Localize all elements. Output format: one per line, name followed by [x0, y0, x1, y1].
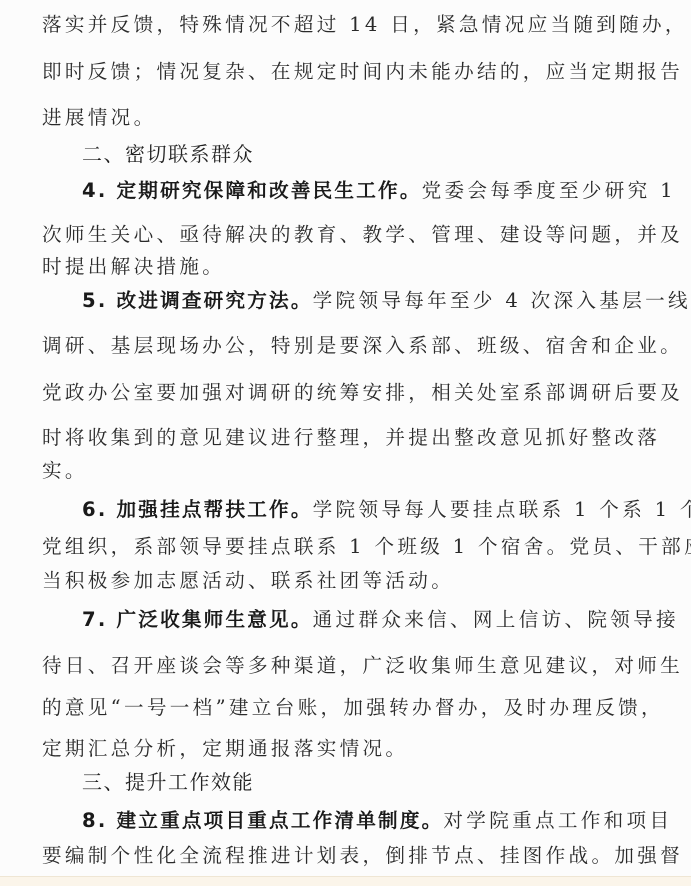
paragraph-line: 进展情况。 — [42, 105, 662, 131]
paragraph-line: 时提出解决措施。 — [42, 254, 662, 280]
paragraph-line: 定期汇总分析，定期通报落实情况。 — [42, 736, 662, 762]
item-4-line-1: 4. 定期研究保障和改善民生工作。党委会每季度至少研究 1 — [82, 178, 691, 204]
paragraph-line: 待日、召开座谈会等多种渠道，广泛收集师生意见建议，对师生 — [42, 653, 662, 679]
paragraph-line: 即时反馈；情况复杂、在规定时间内未能办结的，应当定期报告 — [42, 59, 662, 85]
item-6-line-1: 6. 加强挂点帮扶工作。学院领导每人要挂点联系 1 个系 1 个 — [82, 497, 691, 523]
paragraph-line: 的意见“一号一档”建立台账，加强转办督办，及时办理反馈， — [42, 695, 662, 721]
item-6-text: 学院领导每人要挂点联系 1 个系 1 个 — [313, 498, 691, 521]
item-8-title: 8. 建立重点项目重点工作清单制度。 — [82, 809, 443, 832]
item-7-title: 7. 广泛收集师生意见。 — [82, 608, 313, 631]
paragraph-line: 当积极参加志愿活动、联系社团等活动。 — [42, 568, 662, 594]
paragraph-line: 落实并反馈，特殊情况不超过 14 日，紧急情况应当随到随办， — [42, 12, 662, 38]
document-page: 落实并反馈，特殊情况不超过 14 日，紧急情况应当随到随办， 即时反馈；情况复杂… — [0, 0, 691, 876]
item-6-title: 6. 加强挂点帮扶工作。 — [82, 498, 313, 521]
paragraph-line: 时将收集到的意见建议进行整理，并提出整改意见抓好整改落 — [42, 425, 662, 451]
item-8-line-1: 8. 建立重点项目重点工作清单制度。对学院重点工作和项目 — [82, 808, 691, 834]
paragraph-line: 要编制个性化全流程推进计划表，倒排节点、挂图作战。加强督 — [42, 843, 662, 869]
section-heading-3: 三、提升工作效能 — [82, 769, 691, 795]
section-heading-2: 二、密切联系群众 — [82, 141, 691, 167]
page-bottom-edge — [0, 876, 691, 886]
item-5-title: 5. 改进调查研究方法。 — [82, 289, 313, 312]
paragraph-line: 党组织，系部领导要挂点联系 1 个班级 1 个宿舍。党员、干部应 — [42, 534, 662, 560]
item-8-text: 对学院重点工作和项目 — [443, 809, 672, 832]
paragraph-line: 实。 — [42, 458, 662, 484]
item-4-title: 4. 定期研究保障和改善民生工作。 — [82, 179, 422, 202]
item-5-line-1: 5. 改进调查研究方法。学院领导每年至少 4 次深入基层一线 — [82, 288, 691, 314]
item-7-text: 通过群众来信、网上信访、院领导接 — [313, 608, 679, 631]
paragraph-line: 党政办公室要加强对调研的统筹安排，相关处室系部调研后要及 — [42, 380, 662, 406]
paragraph-line: 调研、基层现场办公，特别是要深入系部、班级、宿舍和企业。 — [42, 333, 662, 359]
paragraph-line: 次师生关心、亟待解决的教育、教学、管理、建设等问题，并及 — [42, 222, 662, 248]
item-4-text: 党委会每季度至少研究 1 — [422, 179, 676, 202]
item-5-text: 学院领导每年至少 4 次深入基层一线 — [313, 289, 691, 312]
item-7-line-1: 7. 广泛收集师生意见。通过群众来信、网上信访、院领导接 — [82, 607, 691, 633]
